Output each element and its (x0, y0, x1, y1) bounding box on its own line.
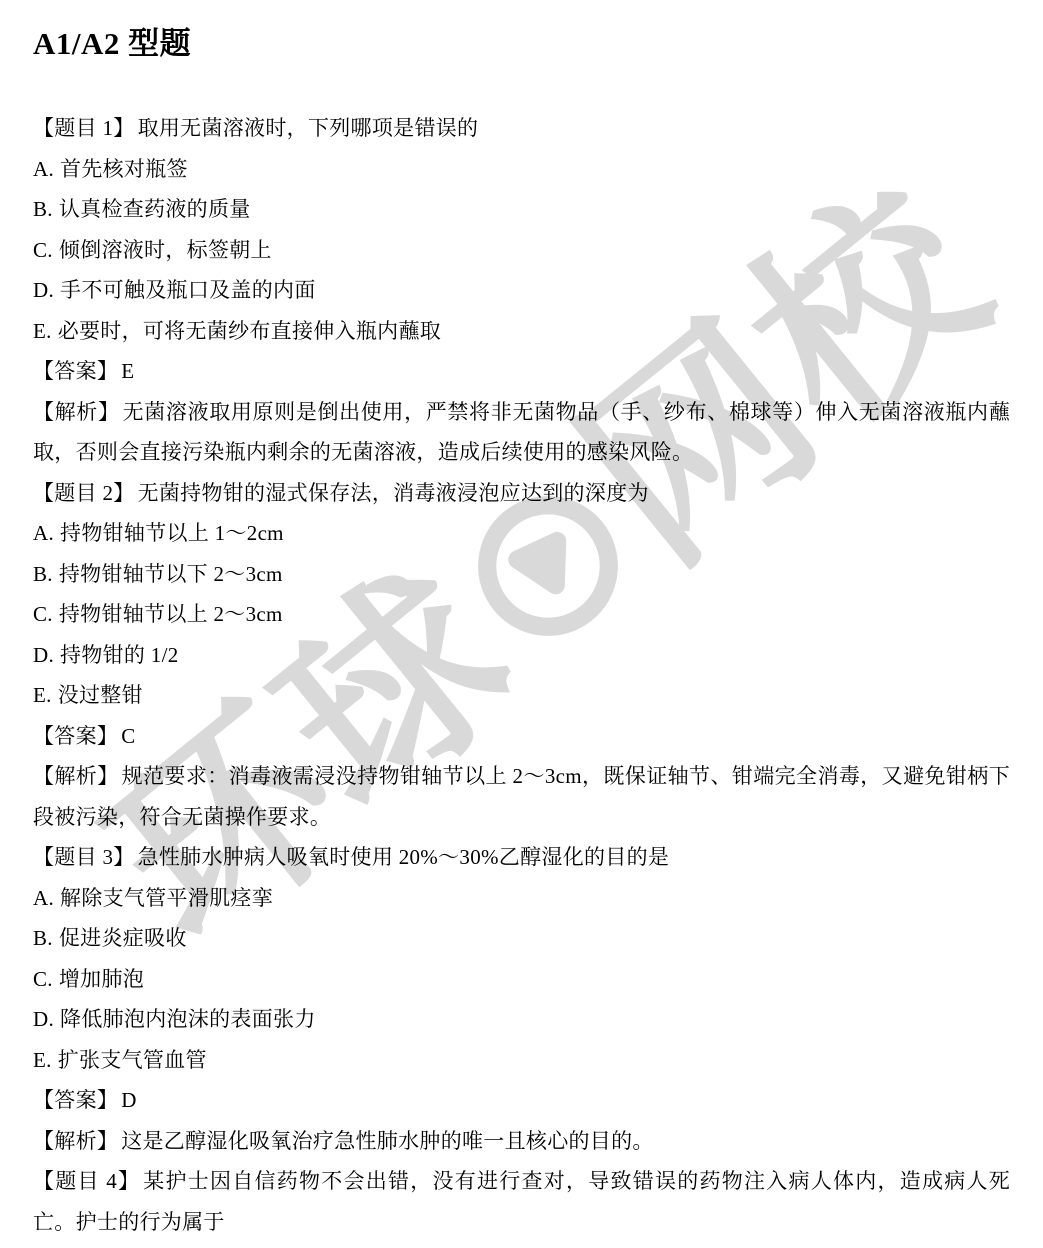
option-text: 认真检查药液的质量 (59, 197, 251, 221)
stem-text: 无菌持物钳的湿式保存法，消毒液浸泡应达到的深度为 (138, 481, 649, 505)
analysis-text: 规范要求：消毒液需浸没持物钳轴节以上 2～3cm，既保证轴节、钳端完全消毒，又避… (33, 764, 1010, 829)
option-line: E.没过整钳 (33, 675, 1010, 716)
option-key: C. (33, 602, 53, 626)
question-block: 【题目 3】急性肺水肿病人吸氧时使用 20%～30%乙醇湿化的目的是A.解除支气… (33, 837, 1010, 1161)
answer-label: 【答案】 (33, 724, 118, 748)
option-line: C.增加肺泡 (33, 959, 1010, 1000)
question-label: 【题目 4】 (33, 1169, 140, 1193)
analysis-line: 【解析】规范要求：消毒液需浸没持物钳轴节以上 2～3cm，既保证轴节、钳端完全消… (33, 756, 1010, 837)
option-line: B.认真检查药液的质量 (33, 189, 1010, 230)
option-text: 持物钳轴节以下 2～3cm (59, 562, 283, 586)
analysis-line: 【解析】无菌溶液取用原则是倒出使用，严禁将非无菌物品（手、纱布、棉球等）伸入无菌… (33, 392, 1010, 473)
stem-text: 某护士因自信药物不会出错，没有进行查对，导致错误的药物注入病人体内，造成病人死亡… (33, 1169, 1010, 1234)
option-text: 降低肺泡内泡沫的表面张力 (60, 1007, 316, 1031)
option-line: A.解除支气管平滑肌痉挛 (33, 878, 1010, 919)
question-label: 【题目 2】 (33, 481, 135, 505)
option-text: 持物钳轴节以上 2～3cm (59, 602, 283, 626)
question-list: 【题目 1】取用无菌溶液时，下列哪项是错误的A.首先核对瓶签B.认真检查药液的质… (33, 108, 1010, 1242)
option-text: 扩张支气管血管 (58, 1048, 207, 1072)
option-text: 增加肺泡 (59, 967, 144, 991)
option-key: C. (33, 238, 53, 262)
question-stem: 【题目 3】急性肺水肿病人吸氧时使用 20%～30%乙醇湿化的目的是 (33, 837, 1010, 878)
answer-value: E (121, 359, 134, 383)
question-stem: 【题目 4】某护士因自信药物不会出错，没有进行查对，导致错误的药物注入病人体内，… (33, 1161, 1010, 1242)
question-block: 【题目 4】某护士因自信药物不会出错，没有进行查对，导致错误的药物注入病人体内，… (33, 1161, 1010, 1242)
option-text: 促进炎症吸收 (59, 926, 187, 950)
stem-text: 取用无菌溶液时，下列哪项是错误的 (138, 116, 479, 140)
option-text: 没过整钳 (58, 683, 143, 707)
question-stem: 【题目 1】取用无菌溶液时，下列哪项是错误的 (33, 108, 1010, 149)
option-key: D. (33, 278, 54, 302)
option-line: D.手不可触及瓶口及盖的内面 (33, 270, 1010, 311)
document-page: 环球 网校 A1/A2 型题 【题目 1】取用无菌溶液时，下列哪项是错误的A.首… (0, 0, 1043, 1248)
option-line: C.倾倒溶液时，标签朝上 (33, 230, 1010, 271)
option-line: C.持物钳轴节以上 2～3cm (33, 594, 1010, 635)
option-key: D. (33, 643, 54, 667)
analysis-label: 【解析】 (33, 400, 120, 424)
option-text: 首先核对瓶签 (60, 157, 188, 181)
option-key: B. (33, 197, 53, 221)
option-key: A. (33, 521, 54, 545)
option-key: E. (33, 683, 52, 707)
answer-line: 【答案】C (33, 716, 1010, 757)
option-key: A. (33, 157, 54, 181)
question-stem: 【题目 2】无菌持物钳的湿式保存法，消毒液浸泡应达到的深度为 (33, 473, 1010, 514)
option-text: 持物钳的 1/2 (60, 643, 178, 667)
analysis-text: 无菌溶液取用原则是倒出使用，严禁将非无菌物品（手、纱布、棉球等）伸入无菌溶液瓶内… (33, 400, 1010, 465)
option-line: A.首先核对瓶签 (33, 149, 1010, 190)
option-text: 持物钳轴节以上 1～2cm (60, 521, 284, 545)
option-text: 必要时，可将无菌纱布直接伸入瓶内蘸取 (58, 319, 441, 343)
option-key: E. (33, 319, 52, 343)
option-key: B. (33, 562, 53, 586)
option-key: E. (33, 1048, 52, 1072)
option-text: 解除支气管平滑肌痉挛 (60, 886, 273, 910)
option-key: A. (33, 886, 54, 910)
answer-label: 【答案】 (33, 359, 118, 383)
analysis-line: 【解析】这是乙醇湿化吸氧治疗急性肺水肿的唯一且核心的目的。 (33, 1121, 1010, 1162)
answer-line: 【答案】D (33, 1080, 1010, 1121)
stem-text: 急性肺水肿病人吸氧时使用 20%～30%乙醇湿化的目的是 (138, 845, 670, 869)
option-line: B.促进炎症吸收 (33, 918, 1010, 959)
option-line: E.必要时，可将无菌纱布直接伸入瓶内蘸取 (33, 311, 1010, 352)
option-line: D.持物钳的 1/2 (33, 635, 1010, 676)
option-key: C. (33, 967, 53, 991)
analysis-label: 【解析】 (33, 764, 119, 788)
answer-label: 【答案】 (33, 1088, 118, 1112)
analysis-label: 【解析】 (33, 1129, 118, 1153)
option-line: E.扩张支气管血管 (33, 1040, 1010, 1081)
analysis-text: 这是乙醇湿化吸氧治疗急性肺水肿的唯一且核心的目的。 (121, 1129, 654, 1153)
option-line: B.持物钳轴节以下 2～3cm (33, 554, 1010, 595)
page-title: A1/A2 型题 (33, 24, 1010, 64)
question-label: 【题目 3】 (33, 845, 135, 869)
option-key: D. (33, 1007, 54, 1031)
option-line: A.持物钳轴节以上 1～2cm (33, 513, 1010, 554)
question-label: 【题目 1】 (33, 116, 135, 140)
option-line: D.降低肺泡内泡沫的表面张力 (33, 999, 1010, 1040)
question-block: 【题目 2】无菌持物钳的湿式保存法，消毒液浸泡应达到的深度为A.持物钳轴节以上 … (33, 473, 1010, 838)
option-key: B. (33, 926, 53, 950)
option-text: 倾倒溶液时，标签朝上 (59, 238, 272, 262)
answer-value: D (121, 1088, 136, 1112)
option-text: 手不可触及瓶口及盖的内面 (60, 278, 316, 302)
answer-line: 【答案】E (33, 351, 1010, 392)
question-block: 【题目 1】取用无菌溶液时，下列哪项是错误的A.首先核对瓶签B.认真检查药液的质… (33, 108, 1010, 473)
answer-value: C (121, 724, 135, 748)
